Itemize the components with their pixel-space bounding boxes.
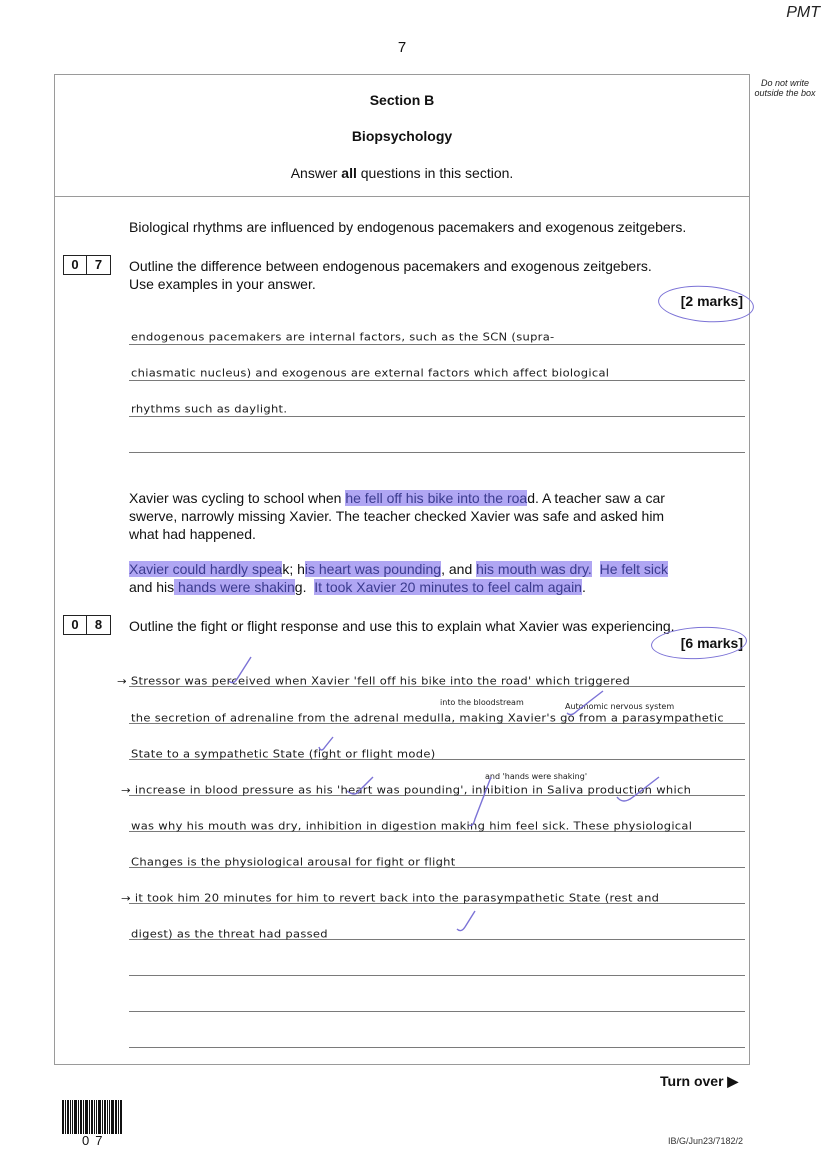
answer-rule: [129, 452, 745, 453]
instruction-suffix: questions in this section.: [357, 165, 513, 181]
subject-title: Biopsychology: [55, 128, 749, 144]
handwritten-answer-line: → increase in blood pressure as his 'hea…: [121, 783, 691, 796]
corner-label: PMT: [786, 4, 820, 22]
highlighted-text: It took Xavier 20 minutes to feel calm a…: [314, 579, 582, 595]
highlighted-text: he fell off his bike into the roa: [345, 490, 527, 506]
scenario-paragraph-2: Xavier could hardly speak; his heart was…: [129, 560, 745, 596]
handwritten-answer-line: State to a sympathetic State (fight or f…: [131, 747, 436, 760]
handwritten-insertion: and 'hands were shaking': [485, 772, 587, 781]
question-digit: 0: [63, 615, 87, 635]
scenario-text: g.: [295, 579, 314, 595]
highlighted-text: He felt sick: [600, 561, 668, 577]
highlighted-text: Xavier could hardly spea: [129, 561, 282, 577]
scenario-text: what had happened.: [129, 526, 256, 542]
page-number: 7: [0, 39, 804, 56]
paper-reference: IB/G/Jun23/7182/2: [668, 1136, 743, 1146]
scenario-text: and his: [129, 579, 174, 595]
scenario-text: [592, 561, 600, 577]
handwritten-answer-line: Changes is the physiological arousal for…: [131, 855, 456, 868]
examiner-tick-icon: [317, 735, 335, 755]
question-07-line2: Use examples in your answer.: [129, 275, 316, 293]
answer-rule: [129, 416, 745, 417]
scenario-text: , and: [441, 561, 476, 577]
answer-rule: [129, 1011, 745, 1012]
handwritten-answer-line: rhythms such as daylight.: [131, 402, 287, 415]
section-header: Section B Biopsychology Answer all quest…: [55, 75, 749, 197]
handwritten-answer-line: endogenous pacemakers are internal facto…: [131, 330, 555, 343]
answer-rule: [129, 344, 745, 345]
answer-box: Section B Biopsychology Answer all quest…: [54, 74, 750, 1065]
question-07-line1: Outline the difference between endogenou…: [129, 257, 652, 275]
examiner-tick-icon: [227, 655, 253, 685]
intro-text: Biological rhythms are influenced by end…: [129, 218, 686, 236]
examiner-tick-icon: [467, 775, 493, 827]
scenario-text: d. A teacher saw a car: [527, 490, 665, 506]
handwritten-answer-line: chiasmatic nucleus) and exogenous are ex…: [131, 366, 609, 379]
highlighted-text: hands were shakin: [174, 579, 295, 595]
examiner-tick-icon: [565, 689, 605, 717]
barcode: [62, 1100, 138, 1134]
handwritten-insertion: into the bloodstream: [440, 698, 524, 707]
margin-note: Do not write outside the box: [752, 78, 818, 98]
marks-circle-annotation: [657, 283, 755, 326]
question-digit: 0: [63, 255, 87, 275]
scenario-text: swerve, narrowly missing Xavier. The tea…: [129, 508, 664, 524]
barcode-number: 07: [82, 1133, 108, 1148]
examiner-tick-icon: [345, 775, 375, 797]
instruction-prefix: Answer: [291, 165, 342, 181]
handwritten-answer-line: the secretion of adrenaline from the adr…: [131, 711, 724, 724]
question-number-08: 08: [63, 615, 111, 635]
scenario-text: k; h: [282, 561, 305, 577]
scenario-paragraph-1: Xavier was cycling to school when he fel…: [129, 489, 745, 543]
handwritten-answer-line: → Stressor was perceived when Xavier 'fe…: [117, 674, 630, 687]
question-digit: 8: [87, 615, 111, 635]
examiner-tick-icon: [455, 909, 477, 933]
turn-over-label: Turn over ▶: [660, 1073, 738, 1090]
highlighted-text: his mouth was dry.: [476, 561, 592, 577]
handwritten-answer-line: digest) as the threat had passed: [131, 927, 328, 940]
question-number-07: 07: [63, 255, 111, 275]
question-digit: 7: [87, 255, 111, 275]
answer-rule: [129, 975, 745, 976]
handwritten-answer-line: was why his mouth was dry, inhibition in…: [131, 819, 692, 832]
highlighted-text: is heart was pounding: [305, 561, 441, 577]
section-instruction: Answer all questions in this section.: [55, 165, 749, 181]
scenario-text: Xavier was cycling to school when: [129, 490, 345, 506]
handwritten-answer-line: → it took him 20 minutes for him to reve…: [121, 891, 659, 904]
instruction-bold: all: [341, 165, 357, 181]
section-title: Section B: [55, 92, 749, 108]
answer-rule: [129, 1047, 745, 1048]
examiner-tick-icon: [615, 775, 661, 805]
scenario-text: .: [582, 579, 586, 595]
question-08-text: Outline the fight or flight response and…: [129, 617, 675, 635]
answer-rule: [129, 380, 745, 381]
